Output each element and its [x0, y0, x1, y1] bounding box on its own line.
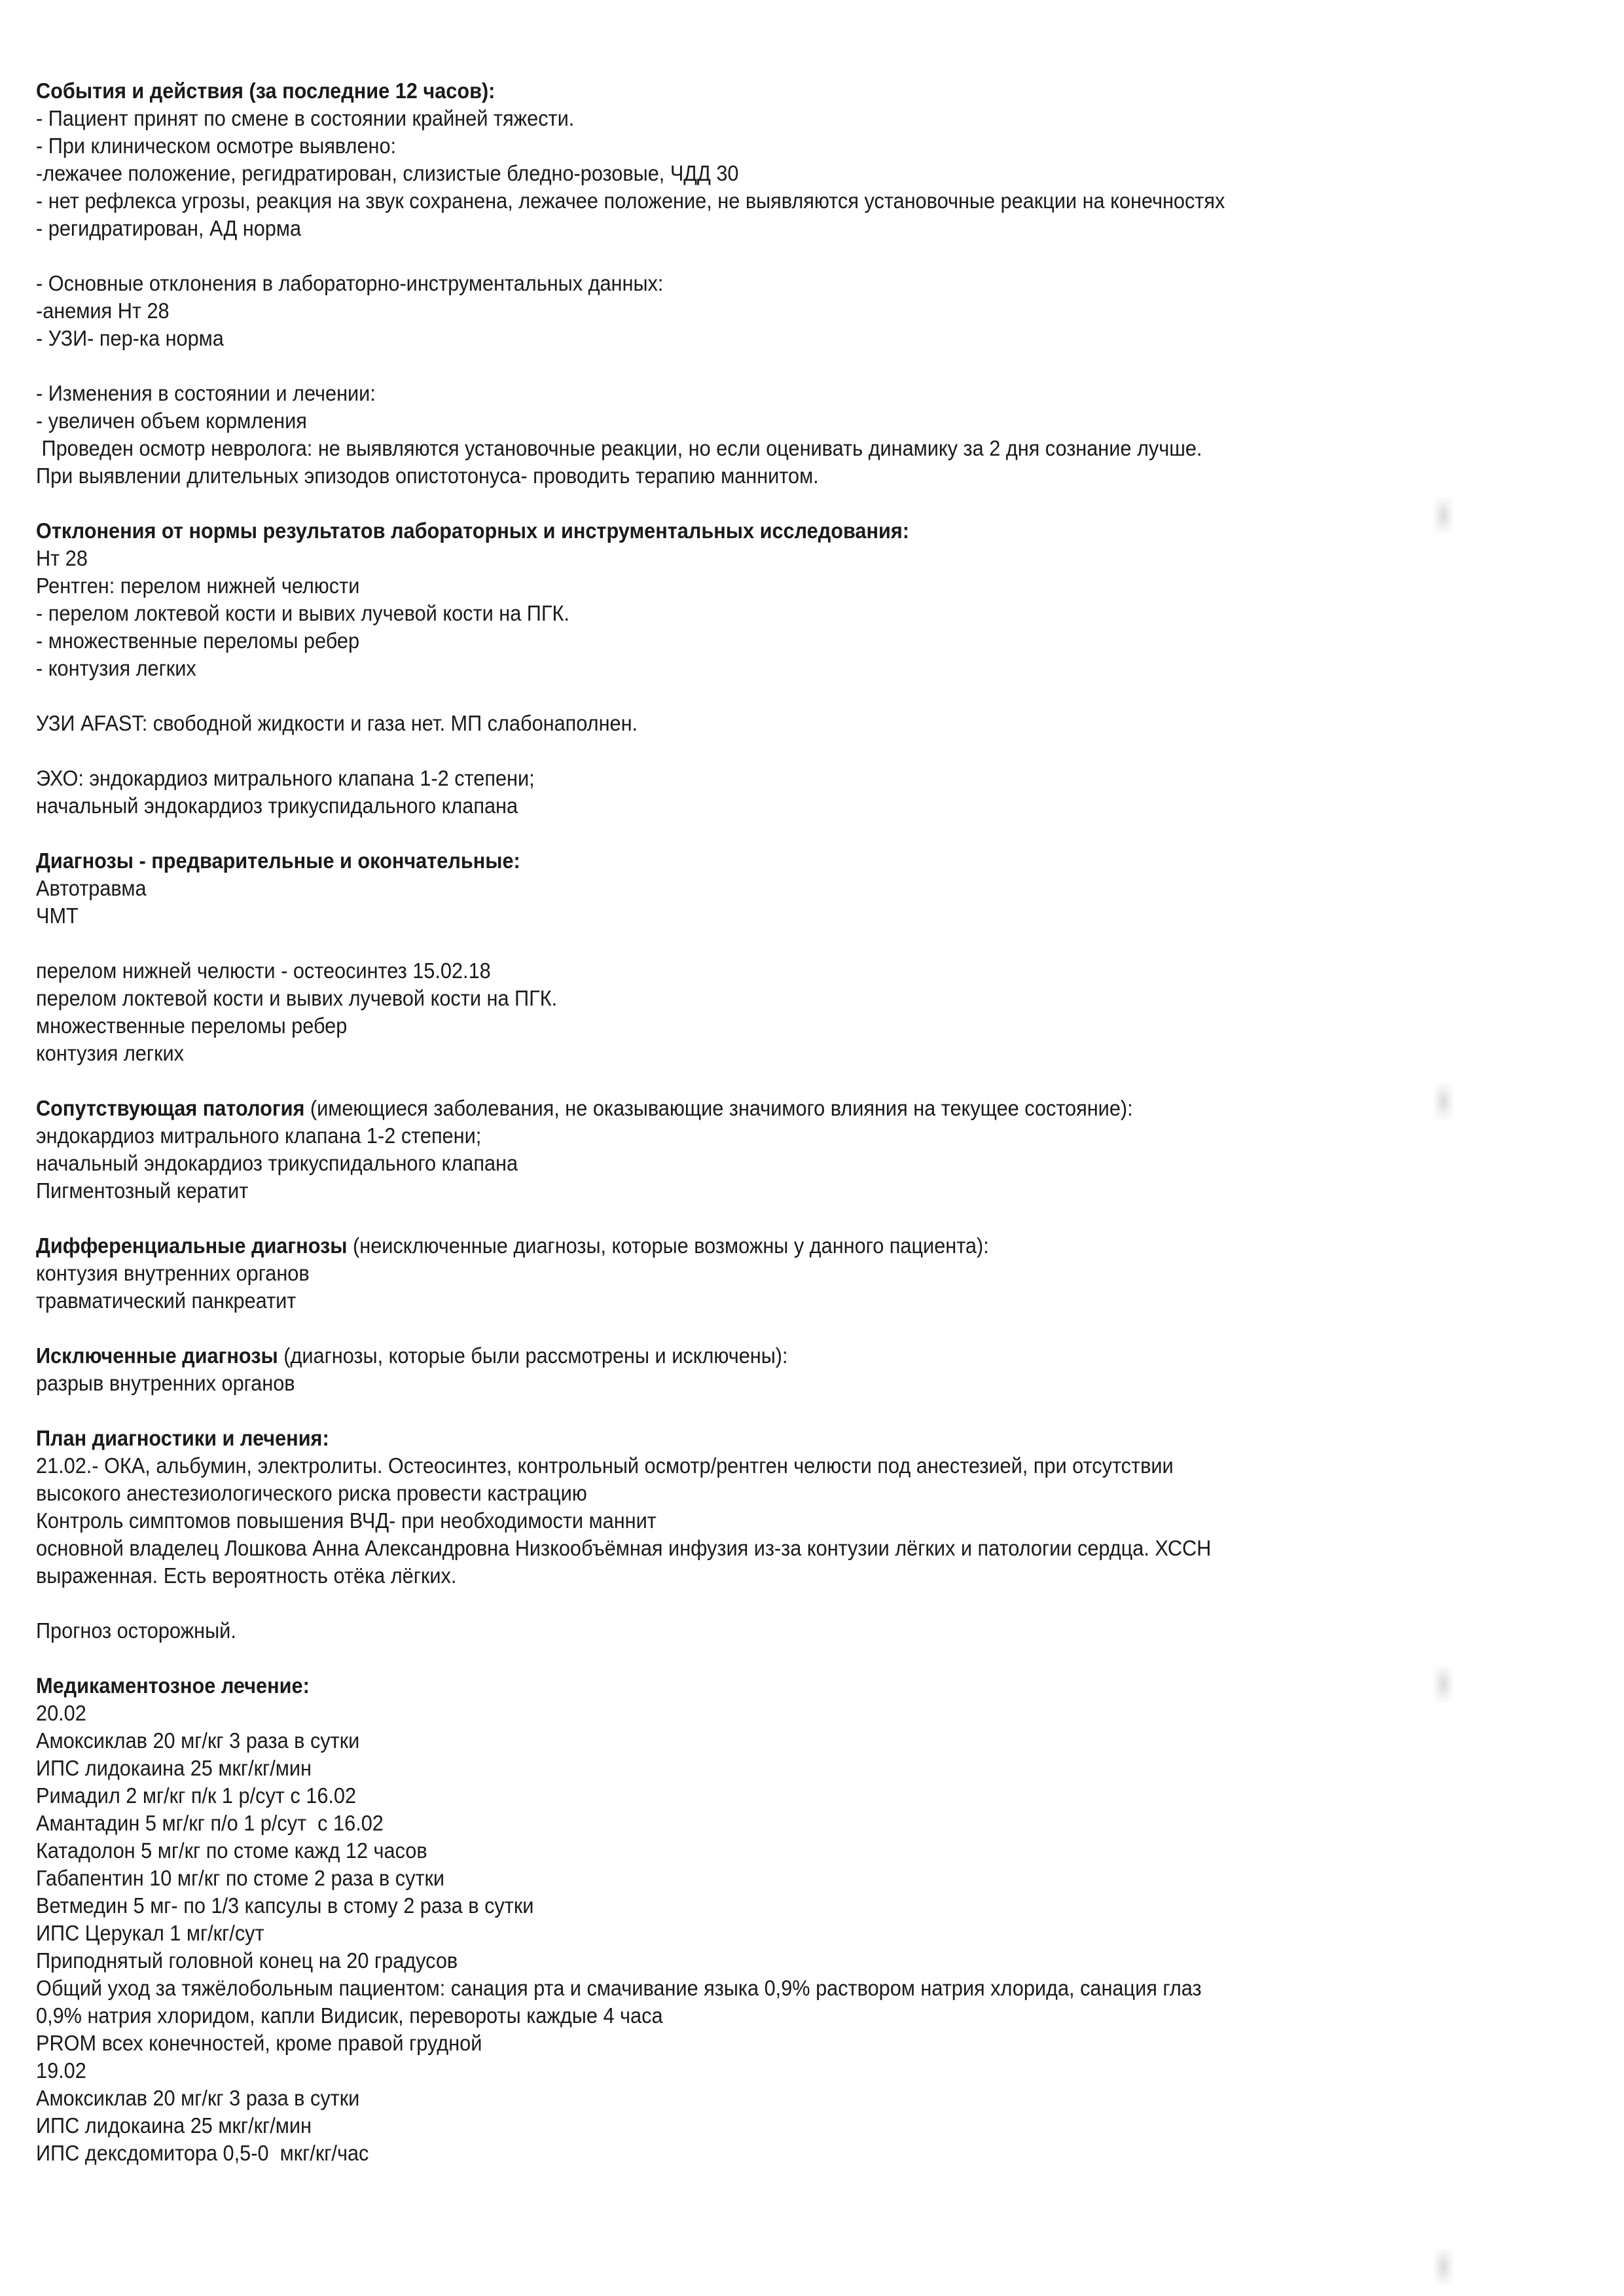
section-heading-row: Исключенные диагнозы (диагнозы, которые … — [36, 1342, 1485, 1370]
section-heading: Сопутствующая патология — [36, 1096, 304, 1120]
text-line: Амантадин 5 мг/кг п/о 1 р/сут с 16.02 — [36, 1810, 1485, 1837]
text-line: начальный эндокардиоз трикуспидального к… — [36, 792, 1485, 820]
text-line: Катадолон 5 мг/кг по стоме кажд 12 часов — [36, 1837, 1485, 1865]
text-line: Общий уход за тяжёлобольным пациентом: с… — [36, 1975, 1485, 2002]
blank-line — [36, 490, 1594, 517]
scan-artifact — [1434, 498, 1453, 534]
text-line: контузия легких — [36, 1040, 1485, 1067]
text-line: ИПС лидокаина 25 мкг/кг/мин — [36, 2112, 1485, 2140]
section-heading-note: (неисключенные диагнозы, которые возможн… — [348, 1233, 989, 1258]
text-line: ИПС Церукал 1 мг/кг/сут — [36, 1920, 1485, 1947]
text-line: Пигментозный кератит — [36, 1177, 1485, 1205]
text-line: ЭХО: эндокардиоз митрального клапана 1-2… — [36, 765, 1485, 792]
section-heading: Медикаментозное лечение: — [36, 1672, 1485, 1700]
text-line: травматический панкреатит — [36, 1287, 1485, 1315]
section-heading-row: Дифференциальные диагнозы (неисключенные… — [36, 1232, 1485, 1260]
section-heading-note: (диагнозы, которые были рассмотрены и ис… — [278, 1343, 788, 1368]
text-line: ИПС дексдомитора 0,5-0 мкг/кг/час — [36, 2140, 1485, 2167]
text-line: Ветмедин 5 мг- по 1/3 капсулы в стому 2 … — [36, 1892, 1485, 1920]
date-line: 19.02 — [36, 2057, 1485, 2085]
text-line: - множественные переломы ребер — [36, 627, 1485, 655]
section-excluded-diagnoses: Исключенные диагнозы (диагнозы, которые … — [36, 1342, 1594, 1397]
section-heading: Отклонения от нормы результатов лаборато… — [36, 517, 1485, 545]
section-plan: План диагностики и лечения: 21.02.- ОКА,… — [36, 1425, 1594, 1645]
text-line: разрыв внутренних органов — [36, 1370, 1485, 1397]
text-line: Проведен осмотр невролога: не выявляются… — [36, 435, 1485, 462]
blank-line — [36, 1315, 1594, 1342]
blank-line — [36, 1205, 1594, 1232]
text-line: начальный эндокардиоз трикуспидального к… — [36, 1150, 1485, 1177]
section-events: События и действия (за последние 12 часо… — [36, 77, 1594, 490]
text-line: УЗИ AFAST: свободной жидкости и газа нет… — [36, 710, 1485, 737]
text-line: PROM всех конечностей, кроме правой груд… — [36, 2030, 1485, 2057]
section-heading: Дифференциальные диагнозы — [36, 1233, 348, 1258]
blank-line — [36, 1590, 1594, 1617]
section-medication: Медикаментозное лечение: 20.02 Амоксикла… — [36, 1672, 1594, 2167]
blank-line — [36, 1397, 1594, 1425]
scan-artifact — [1434, 2249, 1453, 2285]
text-line: эндокардиоз митрального клапана 1-2 степ… — [36, 1122, 1485, 1150]
text-line: - перелом локтевой кости и вывих лучевой… — [36, 600, 1485, 627]
text-line: Амоксиклав 20 мг/кг 3 раза в сутки — [36, 2085, 1485, 2112]
text-line: При выявлении длительных эпизодов описто… — [36, 462, 1485, 490]
section-diagnoses: Диагнозы - предварительные и окончательн… — [36, 847, 1594, 1067]
blank-line — [36, 682, 1594, 710]
text-line: - УЗИ- пер-ка норма — [36, 325, 1485, 352]
text-line: Амоксиклав 20 мг/кг 3 раза в сутки — [36, 1727, 1485, 1755]
text-line: Нт 28 — [36, 545, 1485, 572]
text-line: - контузия легких — [36, 655, 1485, 682]
text-line: 0,9% натрия хлоридом, капли Видисик, пер… — [36, 2002, 1485, 2030]
blank-line — [36, 1645, 1594, 1672]
medical-record-page: События и действия (за последние 12 часо… — [36, 77, 1594, 2167]
section-heading-note: (имеющиеся заболевания, не оказывающие з… — [304, 1096, 1132, 1120]
section-differential-diagnoses: Дифференциальные диагнозы (неисключенные… — [36, 1232, 1594, 1315]
text-line: 21.02.- ОКА, альбумин, электролиты. Осте… — [36, 1452, 1485, 1480]
scan-artifact — [1434, 1666, 1453, 1702]
blank-line — [36, 1067, 1594, 1095]
text-line: Рентген: перелом нижней челюсти — [36, 572, 1485, 600]
text-line: перелом нижней челюсти - остеосинтез 15.… — [36, 957, 1485, 985]
section-heading: События и действия (за последние 12 часо… — [36, 77, 1485, 105]
text-line: выраженная. Есть вероятность отёка лёгки… — [36, 1562, 1485, 1590]
blank-line — [36, 242, 1594, 270]
text-line: ЧМТ — [36, 902, 1485, 930]
text-line: - Основные отклонения в лабораторно-инст… — [36, 270, 1485, 297]
text-line: Контроль симптомов повышения ВЧД- при не… — [36, 1507, 1485, 1535]
text-line: множественные переломы ребер — [36, 1012, 1485, 1040]
text-line: Приподнятый головной конец на 20 градусо… — [36, 1947, 1485, 1975]
text-line: высокого анестезиологического риска пров… — [36, 1480, 1485, 1507]
text-line: - регидратирован, АД норма — [36, 215, 1485, 242]
text-line: контузия внутренних органов — [36, 1260, 1485, 1287]
blank-line — [36, 820, 1594, 847]
text-line: - При клиническом осмотре выявлено: — [36, 132, 1485, 160]
text-line: - Пациент принят по смене в состоянии кр… — [36, 105, 1485, 132]
text-line: Римадил 2 мг/кг п/к 1 р/сут с 16.02 — [36, 1782, 1485, 1810]
blank-line — [36, 352, 1594, 380]
text-line: Габапентин 10 мг/кг по стоме 2 раза в су… — [36, 1865, 1485, 1892]
blank-line — [36, 737, 1594, 765]
section-lab-deviations: Отклонения от нормы результатов лаборато… — [36, 517, 1594, 820]
text-line: Автотравма — [36, 875, 1485, 902]
section-heading: Исключенные диагнозы — [36, 1343, 278, 1368]
text-line: ИПС лидокаина 25 мкг/кг/мин — [36, 1755, 1485, 1782]
text-line: - нет рефлекса угрозы, реакция на звук с… — [36, 187, 1485, 215]
scan-artifact — [1434, 1084, 1453, 1120]
section-heading-row: Сопутствующая патология (имеющиеся забол… — [36, 1095, 1485, 1122]
text-line: перелом локтевой кости и вывих лучевой к… — [36, 985, 1485, 1012]
blank-line — [36, 930, 1594, 957]
text-line: -анемия Нт 28 — [36, 297, 1485, 325]
text-line: -лежачее положение, регидратирован, слиз… — [36, 160, 1485, 187]
date-line: 20.02 — [36, 1700, 1485, 1727]
text-line: - Изменения в состоянии и лечении: — [36, 380, 1485, 407]
section-heading: План диагностики и лечения: — [36, 1425, 1485, 1452]
prognosis: Прогноз осторожный. — [36, 1617, 1485, 1645]
section-heading: Диагнозы - предварительные и окончательн… — [36, 847, 1485, 875]
text-line: основной владелец Лошкова Анна Александр… — [36, 1535, 1485, 1562]
section-comorbidities: Сопутствующая патология (имеющиеся забол… — [36, 1095, 1594, 1205]
text-line: - увеличен объем кормления — [36, 407, 1485, 435]
